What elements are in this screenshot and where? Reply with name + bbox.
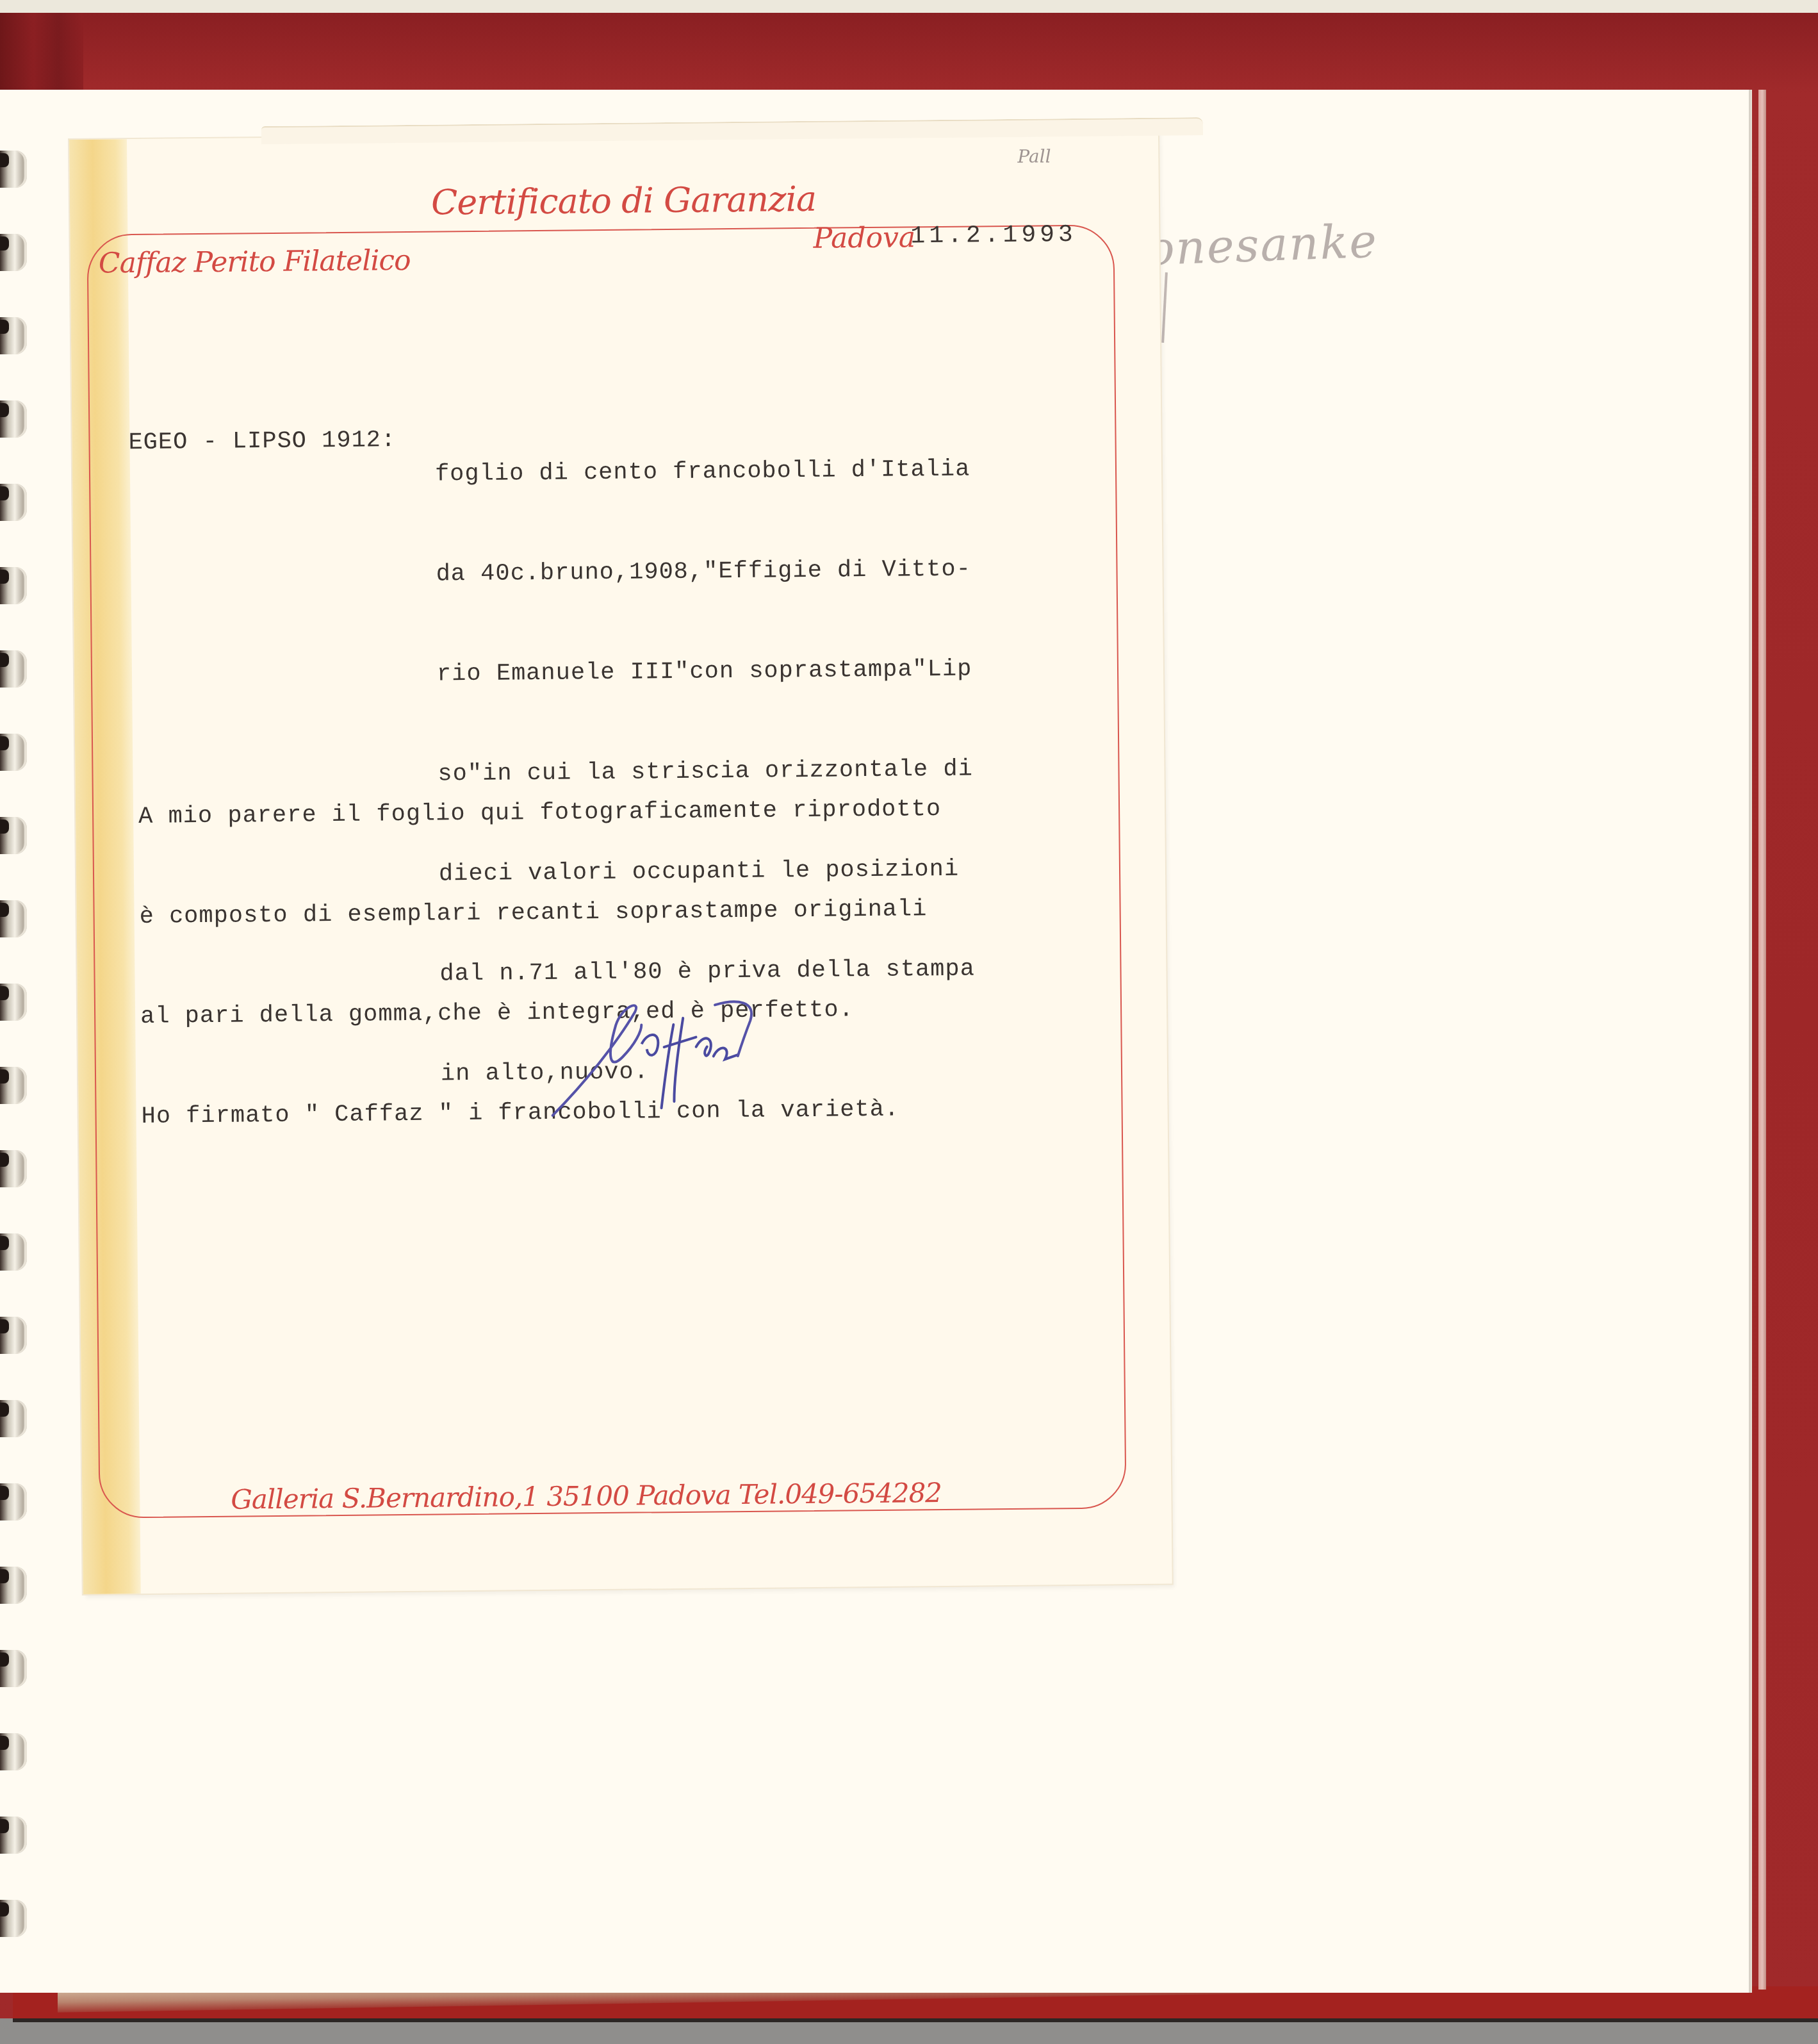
- table-surface: [0, 2018, 1818, 2044]
- binder-ring: [0, 1317, 27, 1354]
- binder-ring: [0, 234, 27, 271]
- binder-ring: [0, 1650, 27, 1687]
- binder-ring: [0, 317, 27, 354]
- description-line: rio Emanuele III"con soprastampa"Lip: [437, 653, 972, 691]
- certificate: Pall Certificato di Garanzia Caffaz Peri…: [69, 129, 1172, 1594]
- binder-ring: [0, 900, 27, 937]
- binder-spine: [0, 13, 83, 90]
- handwritten-signature: [545, 985, 777, 1128]
- certificate-date: 11.2.1993: [910, 221, 1077, 250]
- item-label: EGEO - LIPSO 1912:: [128, 424, 396, 459]
- binder-ring: [0, 1400, 27, 1437]
- opinion-line: al pari della gomma,che è integra,ed è p…: [140, 993, 943, 1034]
- binder-ring: [0, 817, 27, 854]
- binder-ring: [0, 734, 27, 771]
- binder-ring: [0, 151, 27, 188]
- opinion-line: è composto di esemplari recanti soprasta…: [139, 893, 942, 934]
- binder-ring: [0, 984, 27, 1021]
- plastic-sleeve-edge: [1758, 90, 1766, 1990]
- place-label: Padova: [813, 221, 915, 255]
- binder-ring: [0, 1233, 27, 1271]
- binder-ring: [0, 1900, 27, 1937]
- binder-ring: [0, 1067, 27, 1104]
- background-paper-strip: [0, 0, 1818, 14]
- opinion-line: A mio parere il foglio qui fotograficame…: [138, 793, 941, 834]
- certificate-title: Certificato di Garanzia: [421, 179, 827, 223]
- binder-ring: [0, 1567, 27, 1604]
- binder-ring: [0, 400, 27, 438]
- pencil-mark: [1161, 272, 1168, 343]
- issuer-name: Caffaz Perito Filatelico: [99, 244, 411, 280]
- binder-ring: [0, 484, 27, 521]
- expert-opinion: A mio parere il foglio qui fotograficame…: [138, 726, 945, 1200]
- binder-ring: [0, 1483, 27, 1521]
- binder-ring: [0, 650, 27, 688]
- binder-ring: [0, 1150, 27, 1187]
- pencil-annotation: onesanke: [1146, 214, 1379, 276]
- description-line: foglio di cento francobolli d'Italia: [435, 453, 970, 491]
- binder-ring: [0, 1817, 27, 1854]
- description-line: da 40c.bruno,1908,"Effigie di Vitto-: [436, 553, 971, 591]
- binder-ring: [0, 567, 27, 604]
- pencil-initials: Pall: [1017, 145, 1051, 167]
- opinion-line: Ho firmato " Caffaz " i francobolli con …: [141, 1092, 944, 1133]
- binder-ring: [0, 1733, 27, 1770]
